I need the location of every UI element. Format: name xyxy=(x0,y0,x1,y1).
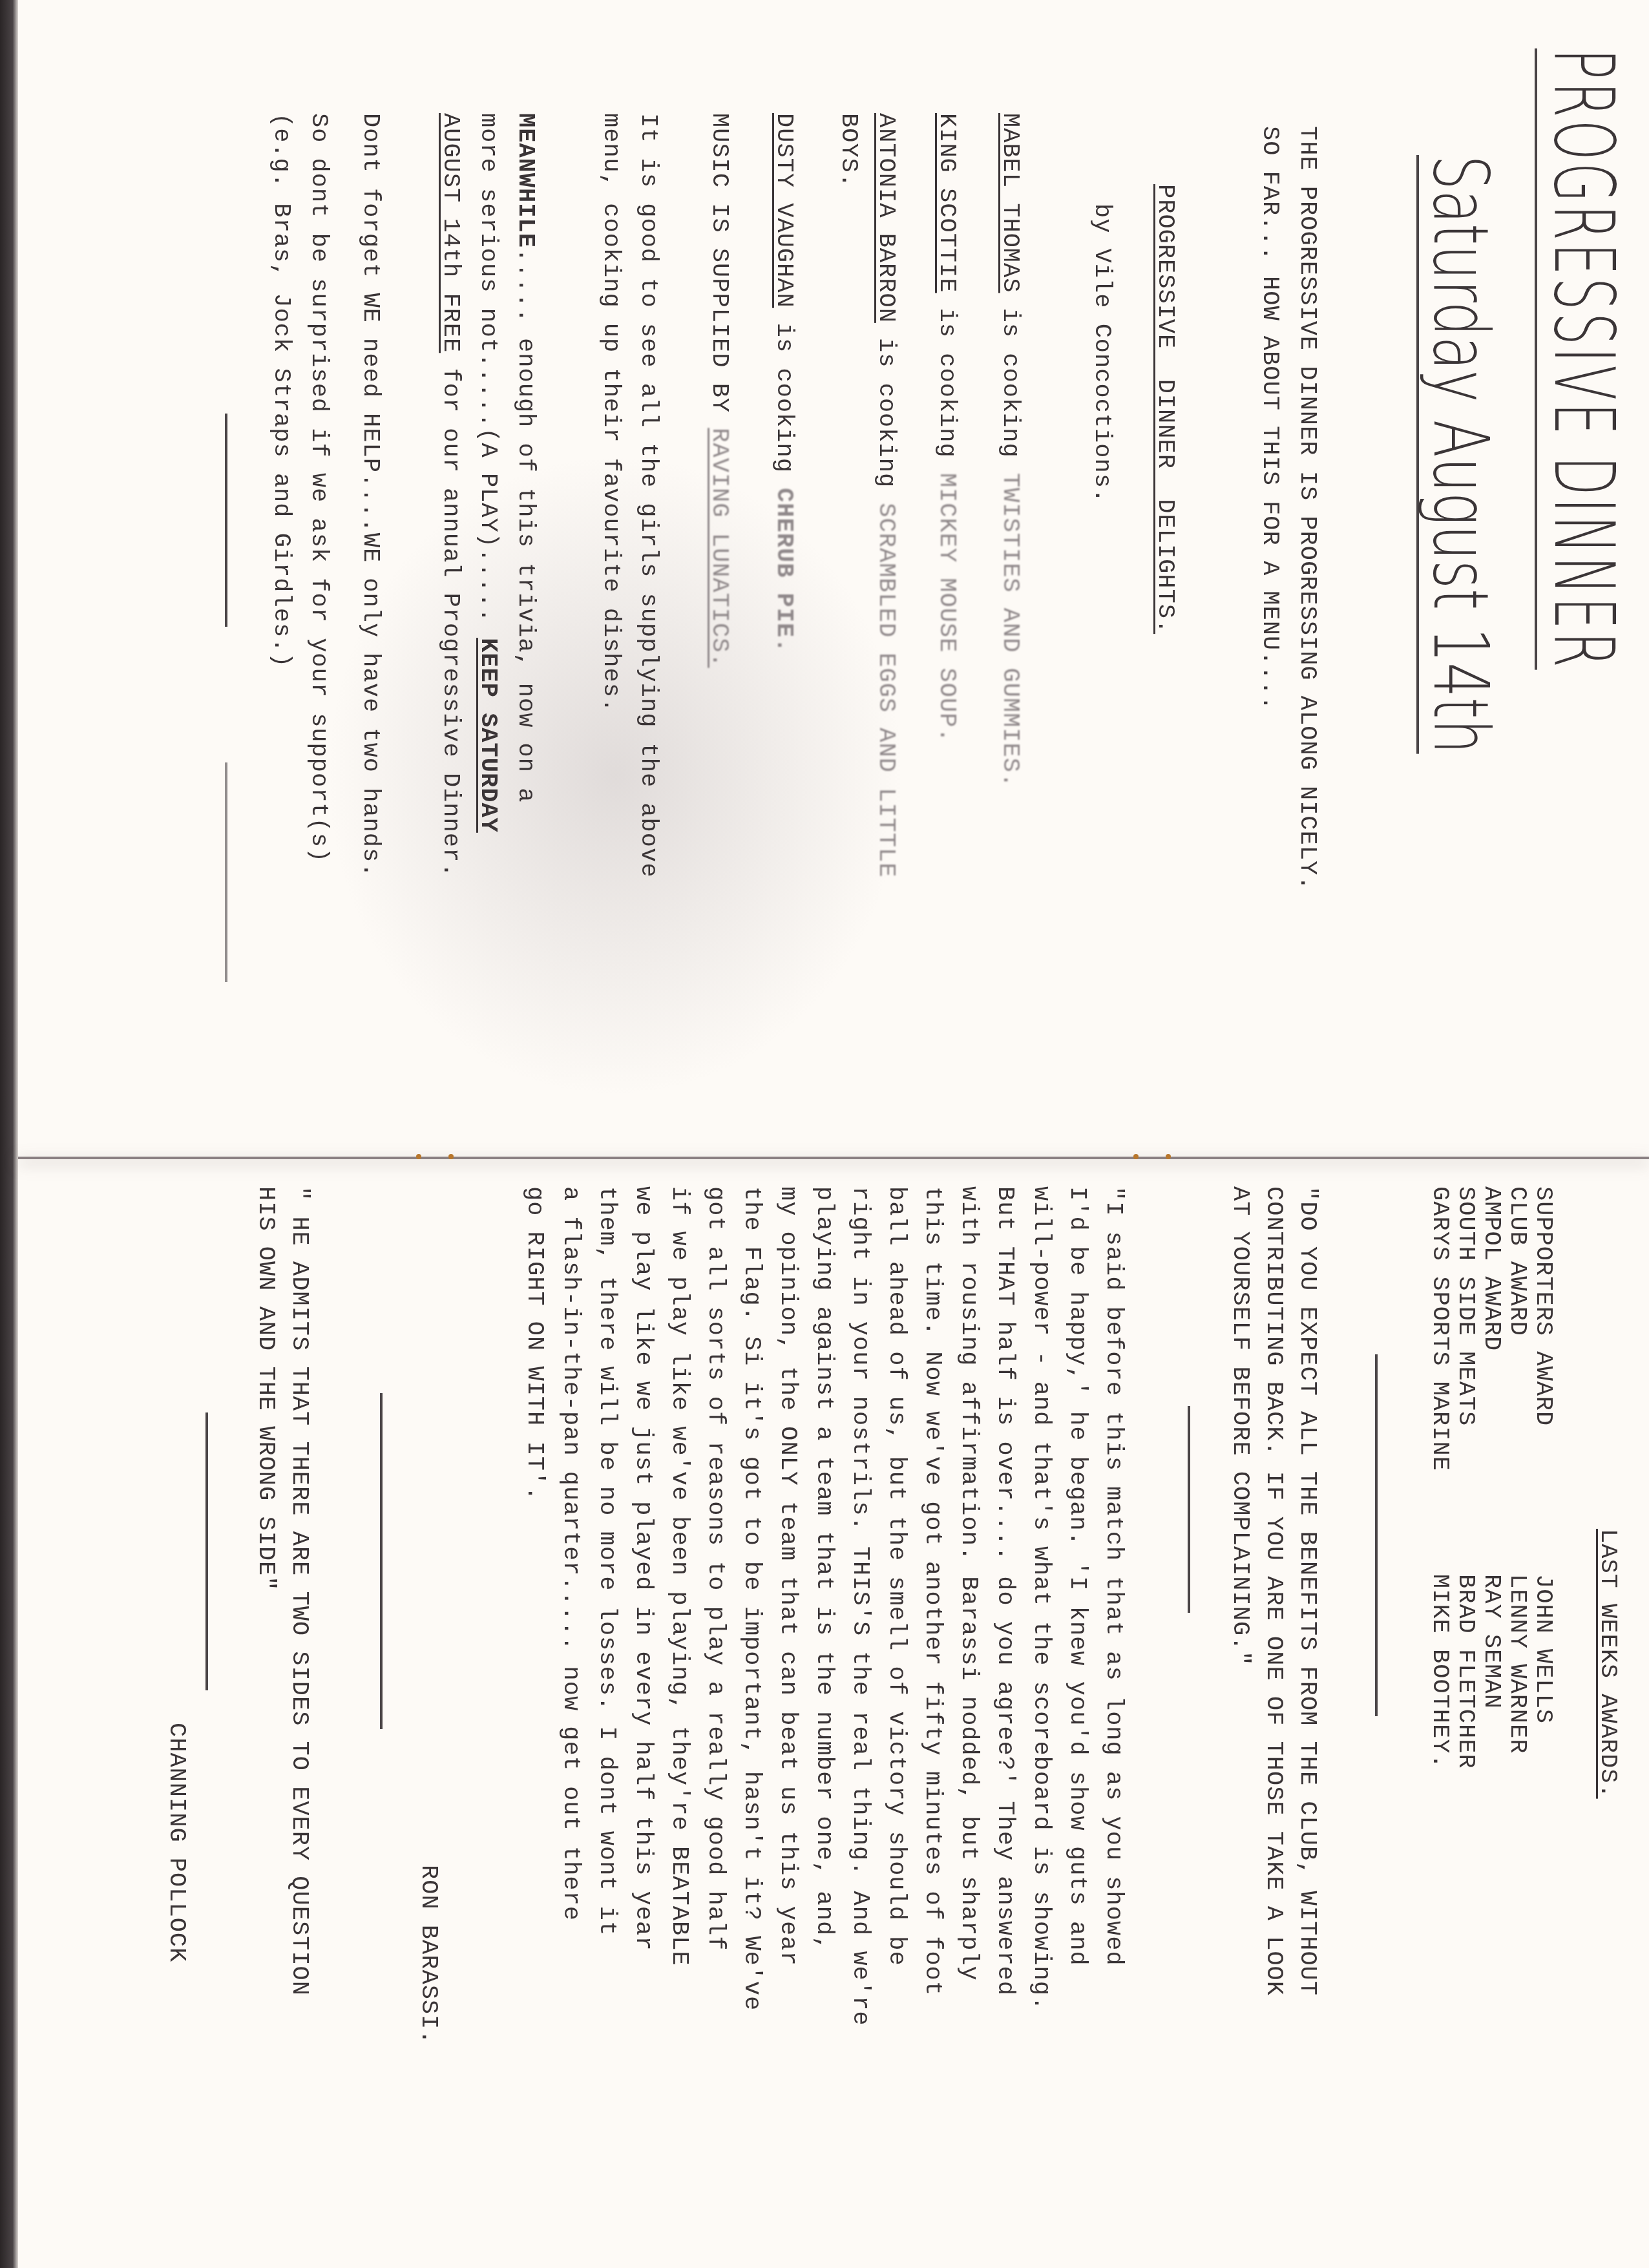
barassi-quote-line: playing against a team that is the numbe… xyxy=(805,1186,843,1951)
barassi-quote-line: But THAT half is over.... do you agree?'… xyxy=(986,1186,1024,1996)
barassi-quote-line: this time. Now we've got another fifty m… xyxy=(914,1186,951,1996)
barassi-quote-line: my opinion, the ONLY team that can beat … xyxy=(769,1186,806,1966)
barassi-attribution: RON BARASSI. xyxy=(410,1865,447,2044)
cook-name: DUSTY VAUGHAN xyxy=(770,113,797,308)
barassi-quote-line: them, there will be no more losses. I do… xyxy=(588,1186,625,1936)
dish-name: SCRAMBLED EGGS AND LITTLE xyxy=(872,503,899,877)
award-winner: MIKE BOOTHEY. xyxy=(1421,1574,1458,1769)
help-line-2: So dont be surprised if we ask for your … xyxy=(300,113,337,863)
section-divider xyxy=(225,414,227,627)
newsletter-spread: PROGRESSIVE DINNER Saturday August 14th … xyxy=(0,0,1649,2268)
awards-and-quotes-page: LAST WEEKS AWARDS. SUPPORTERS AWARD JOHN… xyxy=(18,1160,1649,2268)
barassi-quote-line: right in your nostrils. THIS'S the real … xyxy=(841,1186,879,2026)
pollock-quote-line-2: HIS OWN AND THE WRONG SIDE" xyxy=(247,1186,284,1591)
awards-heading: LAST WEEKS AWARDS. xyxy=(1589,1529,1626,1799)
help-line-1: Dont forget WE need HELP....WE only have… xyxy=(352,113,389,877)
music-line: MUSIC IS SUPPLIED BY RAVING LUNATICS. xyxy=(700,113,738,668)
page-fold xyxy=(18,1157,1649,1159)
pollock-quote-line-1: " HE ADMITS THAT THERE ARE TWO SIDES TO … xyxy=(280,1186,318,1996)
staple-stain xyxy=(416,1154,421,1159)
dish-name: CHERUB PIE. xyxy=(770,488,797,653)
help-line-3: (e.g. Bras, Jock Straps and Girdles.) xyxy=(262,113,300,668)
menu-byline: by Vile Concoctions. xyxy=(1083,204,1120,503)
intro-line-2: SO FAR... HOW ABOUT THIS FOR A MENU.... xyxy=(1251,126,1288,711)
progressive-dinner-page: PROGRESSIVE DINNER Saturday August 14th … xyxy=(18,0,1649,1157)
benefits-quote-line-1: "DO YOU EXPECT ALL THE BENEFITS FROM THE… xyxy=(1288,1186,1326,1996)
barassi-quote-line: got all sorts of reasons to play a reall… xyxy=(697,1186,734,1951)
barassi-quote-line: we play like we just played in every hal… xyxy=(624,1186,662,1951)
barassi-quote-line: a flash-in-the-pan quarter..... now get … xyxy=(552,1186,589,1921)
intro-line-1: THE PROGRESSIVE DINNER IS PROGRESSING AL… xyxy=(1288,126,1326,890)
cook-name: KING SCOTTIE xyxy=(933,113,960,293)
section-divider xyxy=(380,1393,383,1729)
award-name: GARYS SPORTS MARINE xyxy=(1421,1186,1458,1471)
menu-heading: PROGRESSIVE DINNER DELIGHTS. xyxy=(1146,184,1184,634)
section-divider xyxy=(1188,1406,1190,1613)
menu-item: ANTONIA BARRON is cooking SCRAMBLED EGGS… xyxy=(867,113,905,877)
section-divider xyxy=(225,762,227,982)
menu-item: KING SCOTTIE is cooking MICKEY MOUSE SOU… xyxy=(928,113,965,743)
meanwhile-line-1: MEANWHILE..... enough of this trivia, no… xyxy=(507,113,544,803)
cook-name: MABEL THOMAS xyxy=(996,113,1024,293)
benefits-quote-line-3: AT YOURSELF BEFORE COMPLAINING." xyxy=(1221,1186,1259,1666)
section-divider xyxy=(205,1412,208,1690)
page-title: PROGRESSIVE DINNER xyxy=(1535,48,1626,670)
good-to-see-line-1: It is good to see all the girls supplyin… xyxy=(629,113,667,877)
barassi-quote-line: I'd be happy,' he began. 'I knew you'd s… xyxy=(1058,1186,1096,1966)
barassi-quote-line: "I said before this match that as long a… xyxy=(1095,1186,1132,1966)
staple-stain xyxy=(1166,1154,1171,1159)
good-to-see-line-2: menu, cooking up their favourite dishes. xyxy=(592,113,629,713)
barassi-quote-line: will-power - and that's what the scorebo… xyxy=(1022,1186,1060,2011)
staple-stain xyxy=(448,1154,454,1159)
barassi-quote-line: ball ahead of us, but the smell of victo… xyxy=(877,1186,915,1966)
benefits-quote-line-2: CONTRIBUTING BACK. IF YOU ARE ONE OF THO… xyxy=(1255,1186,1292,1996)
barassi-quote-line: with rousing affirmation. Barassi nodded… xyxy=(950,1186,987,1981)
meanwhile-line-3: AUGUST 14th FREE for our annual Progress… xyxy=(432,113,469,877)
menu-item: MABEL THOMAS is cooking TWISTIES AND GUM… xyxy=(991,113,1029,788)
barassi-quote-line: go RIGHT ON WITH IT'. xyxy=(516,1186,553,1501)
menu-item: DUSTY VAUGHAN is cooking CHERUB PIE. xyxy=(765,113,803,653)
cook-name: ANTONIA BARRON xyxy=(872,113,899,323)
pollock-attribution: CHANNING POLLOCK xyxy=(158,1723,195,1962)
meanwhile-line-2: more serious not.....(A PLAY)..... KEEP … xyxy=(469,113,507,833)
menu-item-continued: BOYS. xyxy=(830,113,867,188)
dish-name: MICKEY MOUSE SOUP. xyxy=(933,473,960,743)
event-date-heading: Saturday August 14th xyxy=(1416,155,1500,754)
section-divider xyxy=(1375,1354,1378,1716)
dish-name: TWISTIES AND GUMMIES. xyxy=(996,473,1024,788)
band-name: RAVING LUNATICS. xyxy=(706,428,733,667)
barassi-quote-line: the Flag. Si it's got to be important, h… xyxy=(733,1186,770,2011)
staple-stain xyxy=(1133,1154,1139,1159)
barassi-quote-line: if we play like we've been playing, they… xyxy=(660,1186,698,1966)
